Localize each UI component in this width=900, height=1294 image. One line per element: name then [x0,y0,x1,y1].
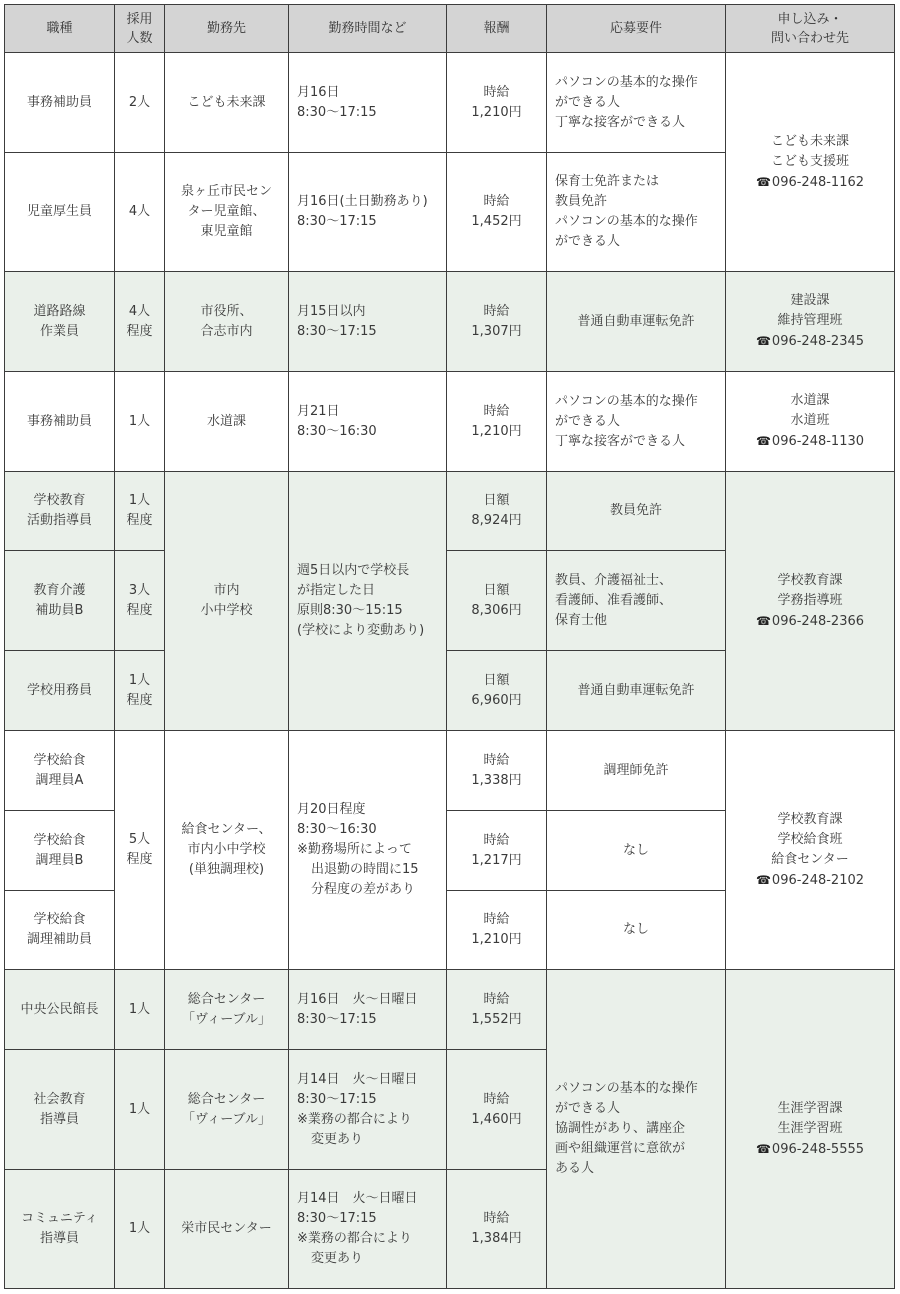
requirements-cell: パソコンの基本的な操作ができる人丁寧な接客ができる人 [547,372,726,472]
count-cell: 1人程度 [115,472,165,551]
place-cell: 総合センター「ヴィーブル」 [165,970,289,1050]
place-cell: 水道課 [165,372,289,472]
hours-cell: 月14日 火〜日曜日8:30〜17:15※業務の都合により変更あり [289,1050,447,1170]
header-count: 採用人数 [115,5,165,53]
requirements-cell: 教員、介護福祉士、看護師、准看護師、保育士他 [547,551,726,651]
pay-cell: 日額6,960円 [447,651,547,731]
contact-cell: 学校教育課学務指導班 096-248-2366 [726,472,895,731]
phone-icon-text: 096-248-2345 [734,331,886,352]
pay-cell: 時給1,452円 [447,153,547,272]
table-row: 中央公民館長 1人 総合センター「ヴィーブル」 月16日 火〜日曜日8:30〜1… [5,970,895,1050]
count-cell: 4人程度 [115,272,165,372]
requirements-cell: パソコンの基本的な操作ができる人丁寧な接客ができる人 [547,53,726,153]
pay-cell: 時給1,210円 [447,891,547,970]
place-cell: こども未来課 [165,53,289,153]
pay-cell: 時給1,460円 [447,1050,547,1170]
contact-cell: 学校教育課学校給食班給食センター 096-248-2102 [726,731,895,970]
phone-icon-text: 096-248-2102 [734,870,886,891]
pay-cell: 時給1,210円 [447,53,547,153]
job-cell: 中央公民館長 [5,970,115,1050]
header-requirements: 応募要件 [547,5,726,53]
pay-cell: 時給1,384円 [447,1170,547,1289]
job-cell: 学校用務員 [5,651,115,731]
requirements-cell: なし [547,811,726,891]
hours-cell: 月14日 火〜日曜日8:30〜17:15※業務の都合により変更あり [289,1170,447,1289]
count-cell: 1人 [115,1050,165,1170]
table-row: 事務補助員 2人 こども未来課 月16日8:30〜17:15 時給1,210円 … [5,53,895,153]
count-cell: 1人 [115,970,165,1050]
job-cell: 事務補助員 [5,53,115,153]
contact-cell: 建設課維持管理班 096-248-2345 [726,272,895,372]
count-cell: 4人 [115,153,165,272]
requirements-cell: 教員免許 [547,472,726,551]
job-cell: 学校給食調理補助員 [5,891,115,970]
job-cell: 学校給食調理員B [5,811,115,891]
place-cell: 市役所、合志市内 [165,272,289,372]
phone-icon-text: 096-248-2366 [734,611,886,632]
place-cell: 泉ヶ丘市民センター児童館、東児童館 [165,153,289,272]
requirements-cell: 調理師免許 [547,731,726,811]
pay-cell: 日額8,924円 [447,472,547,551]
count-cell: 2人 [115,53,165,153]
place-cell: 栄市民センター [165,1170,289,1289]
requirements-cell: 普通自動車運転免許 [547,272,726,372]
place-cell: 市内小中学校 [165,472,289,731]
pay-cell: 時給1,552円 [447,970,547,1050]
requirements-cell: なし [547,891,726,970]
pay-cell: 時給1,338円 [447,731,547,811]
job-listing-table: 職種 採用人数 勤務先 勤務時間など 報酬 応募要件 申し込み・問い合わせ先 事… [4,4,895,1289]
count-cell: 3人程度 [115,551,165,651]
job-cell: 学校教育活動指導員 [5,472,115,551]
place-cell: 総合センター「ヴィーブル」 [165,1050,289,1170]
pay-cell: 時給1,307円 [447,272,547,372]
pay-cell: 時給1,210円 [447,372,547,472]
contact-cell: こども未来課こども支援班 096-248-1162 [726,53,895,272]
count-cell: 1人程度 [115,651,165,731]
job-cell: 社会教育指導員 [5,1050,115,1170]
count-cell: 1人 [115,1170,165,1289]
table-row: 事務補助員 1人 水道課 月21日8:30〜16:30 時給1,210円 パソコ… [5,372,895,472]
place-cell: 給食センター、市内小中学校(単独調理校) [165,731,289,970]
phone-icon-text: 096-248-1130 [734,431,886,452]
hours-cell: 月16日(土日勤務あり)8:30〜17:15 [289,153,447,272]
table-row: 学校教育活動指導員 1人程度 市内小中学校 週5日以内で学校長が指定した日原則8… [5,472,895,551]
header-hours: 勤務時間など [289,5,447,53]
pay-cell: 日額8,306円 [447,551,547,651]
job-cell: 教育介護補助員B [5,551,115,651]
header-contact: 申し込み・問い合わせ先 [726,5,895,53]
header-place: 勤務先 [165,5,289,53]
header-pay: 報酬 [447,5,547,53]
job-cell: 道路路線作業員 [5,272,115,372]
job-cell: 学校給食調理員A [5,731,115,811]
hours-cell: 月16日 火〜日曜日8:30〜17:15 [289,970,447,1050]
hours-cell: 月21日8:30〜16:30 [289,372,447,472]
requirements-cell: パソコンの基本的な操作ができる人協調性があり、講座企画や組織運営に意欲がある人 [547,970,726,1289]
phone-icon-text: 096-248-5555 [734,1139,886,1160]
hours-cell: 週5日以内で学校長が指定した日原則8:30〜15:15(学校により変動あり) [289,472,447,731]
hours-cell: 月20日程度8:30〜16:30※勤務場所によって出退勤の時間に15分程度の差が… [289,731,447,970]
hours-cell: 月16日8:30〜17:15 [289,53,447,153]
hours-cell: 月15日以内8:30〜17:15 [289,272,447,372]
phone-icon-text: 096-248-1162 [734,172,886,193]
job-cell: 児童厚生員 [5,153,115,272]
header-job: 職種 [5,5,115,53]
requirements-cell: 普通自動車運転免許 [547,651,726,731]
table-row: 学校給食調理員A 5人程度 給食センター、市内小中学校(単独調理校) 月20日程… [5,731,895,811]
table-header-row: 職種 採用人数 勤務先 勤務時間など 報酬 応募要件 申し込み・問い合わせ先 [5,5,895,53]
count-cell: 5人程度 [115,731,165,970]
table-row: 道路路線作業員 4人程度 市役所、合志市内 月15日以内8:30〜17:15 時… [5,272,895,372]
job-cell: 事務補助員 [5,372,115,472]
contact-cell: 水道課水道班 096-248-1130 [726,372,895,472]
job-cell: コミュニティ指導員 [5,1170,115,1289]
contact-cell: 生涯学習課生涯学習班 096-248-5555 [726,970,895,1289]
requirements-cell: 保育士免許または教員免許パソコンの基本的な操作ができる人 [547,153,726,272]
pay-cell: 時給1,217円 [447,811,547,891]
count-cell: 1人 [115,372,165,472]
